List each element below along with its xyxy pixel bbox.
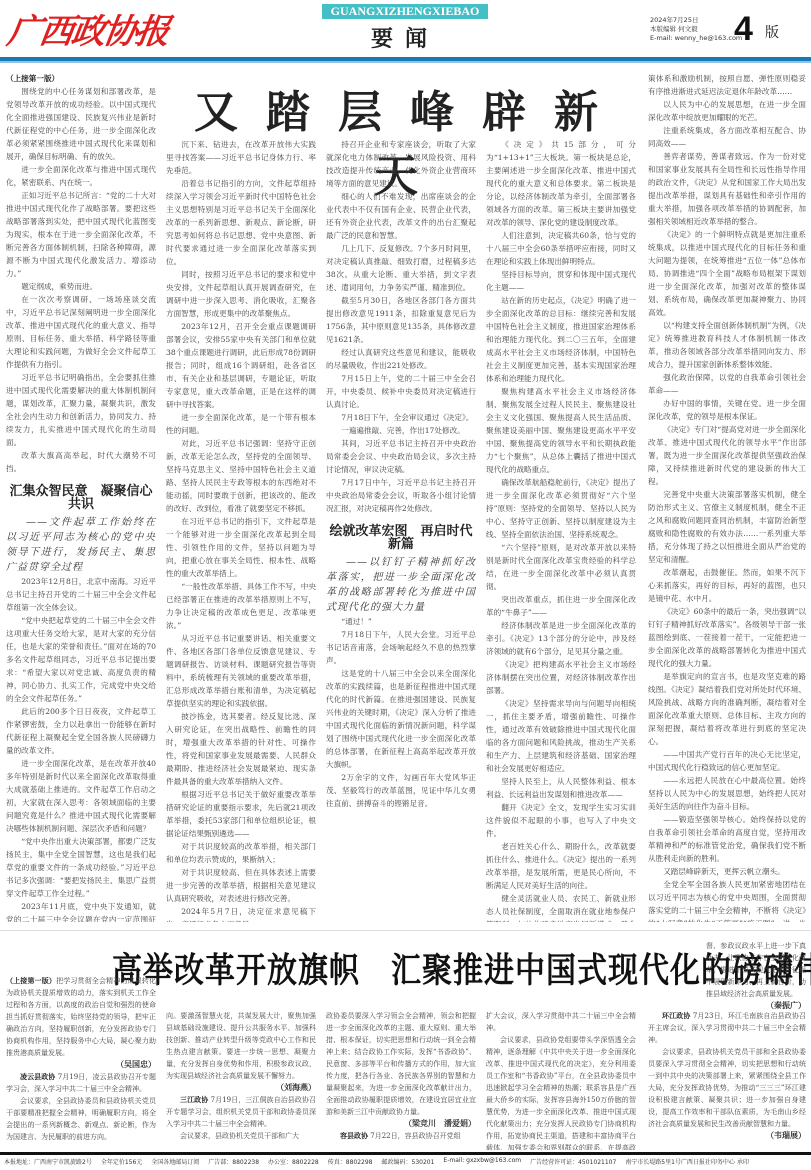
paragraph: 题定纲成，乘势而进。 xyxy=(6,280,156,293)
paragraph: 向。要激荡智慧火花，共谋发展大计，聚焦加强县域基础设施建设、提升公共服务水平、加… xyxy=(166,1010,316,1082)
paragraph: 老百姓关心什么、期盼什么，改革就要抓住什么、推进什么。《决定》提出的一系列改革举… xyxy=(486,840,636,892)
issue-meta: 2024年7月25日 本版编辑 何文毅 E-mail: wenny_he@163… xyxy=(650,16,742,43)
news-lead: 环江政协 xyxy=(662,1011,690,1020)
paragraph: 办好中国的事情，关键在党。进一步全面深化改革，党的领导是根本保证。 xyxy=(648,397,806,423)
article1-column-3: 持召开企业和专家座谈会，听取了大家就深化电力体制改革、发展风险投资、用科技改造提… xyxy=(326,138,476,922)
paragraph: 策体系和激励机制，按照自愿、弹性原则稳妥有序推进渐进式延迟法定退休年龄改革…… xyxy=(648,72,806,98)
paragraph: 进一步全面深化改革与推进中国式现代化，紧密联系、内在统一。 xyxy=(6,163,156,189)
paragraph: 在一次次考察调研、一场场座谈交流中，习近平总书记深刻阐明进一步全面深化改革、推进… xyxy=(6,293,156,371)
newspaper-pinyin: GUANGXIZHENGXIEBAO xyxy=(322,4,488,19)
article2-column-4: 扩大会议，深入学习贯彻中共二十届三中全会精神。 会议要求，县政协党组要带头学深悟… xyxy=(486,1010,636,1150)
paragraph: 《决定》60条中的最后一条，突出强调“以钉钉子精神抓好改革落实”。各级领导干部一… xyxy=(648,605,806,670)
paragraph: 7月17日中午，习近平总书记主持召开中央政治局常委会会议，听取各小组讨论情况汇报… xyxy=(326,476,476,515)
paragraph: 持召开企业和专家座谈会，听取了大家就深化电力体制改革、发展风险投资、用科技改造提… xyxy=(326,138,476,190)
footer-address: 本报地址：广西南宁市凯旋路2号 xyxy=(4,1157,92,1166)
paragraph: 《决定》的一个鲜明特点就是更加注重系统集成，以推进中国式现代化的目标任务和重大问… xyxy=(648,228,806,319)
paragraph: 正如习近平总书记所言：“党的二十大对推进中国式现代化作了战略部署。要把这些战略部… xyxy=(6,189,156,280)
article2-headline: 高举改革开放旗帜 汇聚推进中国式现代化的磅礴伟力 xyxy=(112,942,697,993)
paragraph: 《决定》共15部分，可分为“1+13+1”三大板块。第一板块是总论，主要阐述进一… xyxy=(486,138,636,229)
paragraph: 经济体制改革是进一步全面深化改革的牵引。《决定》13个部分的分论中，涉及经济领域… xyxy=(486,619,636,658)
masthead-rule xyxy=(0,57,811,63)
paragraph: 根据习近平总书记关于做好重要改革举措研究论证的重要指示要求，先后就21项改革举措… xyxy=(166,788,316,840)
article2-column-2: 向。要激荡智慧火花，共谋发展大计，聚焦加强县域基础设施建设、提升公共服务水平、加… xyxy=(166,1010,316,1150)
paragraph: 扩大会议，深入学习贯彻中共二十届三中全会精神。 xyxy=(486,1010,636,1034)
article1-subdeck-1: ——文件起草工作始终在以习近平同志为核心的党中央领导下进行，发扬民主、集思广益贯… xyxy=(6,515,156,575)
paragraph: 2023年12月，召开全会重点课题调研部署会议，安排55家中央有关部门和单位就3… xyxy=(166,320,316,411)
paragraph: ——永远把人民放在心中最高位置。始终坚持以人民为中心的发展思想，始终把人民对美好… xyxy=(648,774,806,813)
footer-printer: 南宁市长堤路5里1号广西日报社印务中心 承印 xyxy=(625,1157,749,1166)
paragraph: ——锻造坚强领导核心。始终保持以党的自我革命引领社会革命的高度自觉，坚持用改革精… xyxy=(648,813,806,865)
continued-label: （上接第一版） xyxy=(6,72,156,85)
credit: （刘海燕） xyxy=(166,1082,316,1094)
paragraph: 对于共识度较高、但在具体表述上需要进一步完善的改革举措，根据相关意见建议认真研究… xyxy=(166,866,316,905)
paragraph: 以“构建支持全面创新体制机制”为例，《决定》统筹推进教育科技人才体制机制一体改革… xyxy=(648,319,806,371)
paragraph: 完善党中央重大决策部署落实机制，健全防治形式主义、官僚主义制度机制，健全不正之风… xyxy=(648,488,806,566)
paragraph: 会议要求，全县政协委员和县政协机关党员干部要精准把握全会精神，明确履职方向，将全… xyxy=(6,1095,156,1143)
newspaper-logo: 广西政协报 xyxy=(5,4,172,53)
paragraph: 围绕党的中心任务谋划和部署改革，是党领导改革开放的成功经验。以中国式现代化全面推… xyxy=(6,85,156,163)
paragraph: 同时，按照习近平总书记的要求和党中央安排，文件起草组认真开展调查研究，在调研中进… xyxy=(166,268,316,320)
paragraph: 7月15日上午，党的二十届三中全会召开，中央委员、候补中央委员对决定稿进行认真讨… xyxy=(326,372,476,411)
paragraph: 此后的200多个日日夜夜，文件起草工作紧锣密鼓，全力以赴拿出一份能够在新时代新征… xyxy=(6,705,156,757)
paragraph: 注重系统集成，各方面改革相互配合、协同高效—— xyxy=(648,124,806,150)
paragraph: 几上几下、反复修改。7个多月时间里，对决定稿认真推敲、细致打磨，过程稿多达38次… xyxy=(326,242,476,294)
paragraph: 对于共识度较高的改革举措，相关部门和单位均表示赞成的，果断纳入； xyxy=(166,840,316,866)
paragraph: “通过！” xyxy=(326,615,476,628)
paragraph: 又踏层峰辟新天，更挥云帆立潮头。 xyxy=(648,865,806,878)
section-divider xyxy=(0,930,811,931)
paragraph: 2023年12月8日，北京中南海。习近平总书记主持召开党的二十届三中全会文件起草… xyxy=(6,575,156,614)
paragraph: 从习近平总书记重要讲话、相关重要文件、各地区各部门各单位反馈意见建议、专题调研报… xyxy=(166,632,316,710)
issue-date: 2024年7月25日 xyxy=(650,16,742,25)
paragraph: 细心的人们不难发现，出席座谈会的企业代表中不仅有国有企业、民营企业代表，还有外资… xyxy=(326,190,476,242)
paragraph: 《决定》专门对“提高党对进一步全面深化改革、推进中国式现代化的领导水平”作出部署… xyxy=(648,423,806,488)
paragraph: 沿着总书记指引的方向，文件起草组持续深入学习领会习近平新时代中国特色社会主义思想… xyxy=(166,177,316,268)
paragraph: 改革大旗高高举起，时代大潮势不可挡。 xyxy=(6,449,156,475)
paragraph: “六个坚持”原则，是对改革开放以来特别是新时代全面深化改革宝贵经验的科学总结，在… xyxy=(486,541,636,593)
paragraph: 会议要求，县政协机关党员干部和广大 xyxy=(166,1130,316,1142)
paragraph: 习近平总书记明确指出，全会要抓住推进中国式现代化需要解决的重大体制机制问题，谋划… xyxy=(6,371,156,449)
page-editor: 本版编辑 何文毅 xyxy=(650,25,742,34)
paragraph: 突出改革重点，抓住进一步全面深化改革的“牛鼻子”—— xyxy=(486,593,636,619)
paragraph: 翻开《决定》全文，发现学生实习实训这件貌似不起眼的小事，也写入了中央文件。 xyxy=(486,801,636,840)
paragraph: 健全灵活就业人员、农民工、新就业形态人员社保制度，全面取消在就业地参保户籍限制，… xyxy=(486,892,636,922)
paragraph: 《决定》把构建高水平社会主义市场经济体制摆在突出位置，对经济体制改革作出部署。 xyxy=(486,658,636,697)
page-suffix: 版 xyxy=(765,22,779,42)
paragraph: “党中央作出重大决策部署，都要广泛发扬民主，集中全党全国智慧，这也是我们起草党的… xyxy=(6,835,156,900)
paragraph: 是举旗定向的宣言书，也是攻坚克难的路线图。《决定》凝结着我们党对所处时代环境、风… xyxy=(648,670,806,748)
paragraph: 沉下来、钻进去，在改革开放伟大实践里寻找答案——习近平总书记身体力行、率先垂范。 xyxy=(166,138,316,177)
article2-column-5a: 督、参政议政水平上进一步下真功夫，让政协工作在全面深化改革、推进中国式现代化的新… xyxy=(706,940,806,1010)
paragraph: 坚持目标导向，贯穿和体现中国式现代化主题—— xyxy=(486,268,636,294)
credit: （秦振广） xyxy=(706,1000,806,1010)
paragraph: “一般性改革举措、具体工作不写，中央已经部署正在推进的改革举措原则上不写，力争让… xyxy=(166,580,316,632)
paragraph: “党中央把起草党的二十届三中全会文件这项重大任务交给大家，是对大家的充分信任，也… xyxy=(6,614,156,705)
paragraph: 会议要求，县政协机关党员干部和全县政协委员要深入学习贯彻全会精神，切实把思想和行… xyxy=(648,1046,806,1130)
paragraph: 2024年5月7日，决定征求意见稿下发，广泛征求各方面意见。 xyxy=(166,905,316,922)
editor-email: E-mail: wenny_he@163.com xyxy=(650,34,742,43)
article1-column-2: 沉下来、钻进去，在改革开放伟大实践里寻找答案——习近平总书记身体力行、率先垂范。… xyxy=(166,138,316,922)
paragraph: 进一步全面深化改革，是一个带有根本性的问题。 xyxy=(166,411,316,437)
paragraph: 在习近平总书记的指引下，文件起草是一个能够对进一步全面深化改革起到全局性、引领性… xyxy=(166,515,316,580)
paragraph: 7月22日，容县政协召开党组 xyxy=(370,1132,460,1140)
footer-email: E-mail: gxzxbw@163.com xyxy=(443,1157,521,1166)
paragraph: 7月18日下午，全会审议通过《决定》。 xyxy=(326,411,476,424)
paragraph: 一遍遍推敲、完善，作出17处修改。 xyxy=(326,424,476,437)
section-title: 要闻 xyxy=(322,22,488,53)
paragraph: 改革潮起，击鼓催征。然而，如果不沉下心来抓落实，再好的目标，再好的蓝图，也只是镜… xyxy=(648,566,806,605)
footer-rule xyxy=(0,1152,811,1155)
paragraph: 披沙拣金，选其要者。经反复比选、深入研究论证，在突出战略性、前瞻性的同时，增强重… xyxy=(166,710,316,788)
footer-price: 全年定价156元 xyxy=(101,1157,142,1166)
paragraph: 2万余字的文件，勾画百年大党风华正茂、坚毅笃行的改革蓝图，见证中华儿女勇往直前、… xyxy=(326,771,476,810)
page-number: 4 xyxy=(734,12,753,46)
paragraph: ——中国共产党行百年的决心无比坚定，中国式现代化行稳致远的信心更加坚定。 xyxy=(648,748,806,774)
credit: （梁竞川 潘爱娟） xyxy=(326,1118,476,1130)
paragraph: 善弈者谋势，善谋者致远。作为一份对党和国家事业发展具有全局性和长远性指导作用的政… xyxy=(648,150,806,228)
paragraph: 坚持人民至上，从人民整体利益、根本利益、长远利益出发谋划和推进改革—— xyxy=(486,775,636,801)
footer-subscribe: 全国各地邮局订阅 xyxy=(151,1157,199,1166)
credit: （吴国忠） xyxy=(6,1059,156,1071)
article1-subhead-1: 汇集众智民意 凝聚信心共识 xyxy=(6,485,156,511)
paragraph: 会议要求，县政协党组要带头学深悟透全会精神，逐条理解《中共中央关于进一步全面深化… xyxy=(486,1034,636,1150)
article1-column-5: 策体系和激励机制，按照自愿、弹性原则稳妥有序推进渐进式延迟法定退休年龄改革…… … xyxy=(648,72,806,922)
news-lead: 凌云县政协 xyxy=(20,1072,55,1081)
paragraph: 聚焦构建高水平社会主义市场经济体制、聚焦发展全过程人民民主、聚焦建设社会主义文化… xyxy=(486,385,636,476)
article2-column-1: （上接第一版）把学习贯彻全会精神的成果转化为政协机关提质增效的动力，落实到机关工… xyxy=(6,975,156,1150)
paragraph: 这是党的十八届三中全会以来全面深化改革的实践续篇，也是新征程推进中国式现代化的时… xyxy=(326,667,476,771)
paragraph: 截至5月30日，各地区各部门各方面共提出修改意见1911条，扣除重复意见后为17… xyxy=(326,294,476,346)
paragraph: 把学习贯彻全会精神的成果转化为政协机关提质增效的动力，落实到机关工作全过程和各方… xyxy=(6,977,156,1057)
paragraph: 督、参政议政水平上进一步下真功夫，让政协工作在全面深化改革、推进中国式现代化的新… xyxy=(706,940,806,1000)
paragraph: 全党全军全国各族人民更加紧密地团结在以习近平同志为核心的党中央周围，全面贯彻落实… xyxy=(648,878,806,922)
news-lead: 容县政协 xyxy=(340,1131,368,1140)
paragraph: 人们注意到，决定稿共60条，恰与党的十八届三中全会60条举措呼应衔接，同时又在理… xyxy=(486,229,636,268)
paragraph: 7月18日下午，人民大会堂。习近平总书记话音甫落，会场响起经久不息的热烈掌声。 xyxy=(326,628,476,667)
article1-column-4: 《决定》共15部分，可分为“1+13+1”三大板块。第一板块是总论，主要阐述进一… xyxy=(486,138,636,922)
paragraph: 2023年11月底，党中央下发通知，就党的二十届三中全会议题在党内一定范围征求意… xyxy=(6,900,156,922)
footer: 本报地址：广西南宁市凯旋路2号 全年定价156元 全国各地邮局订阅 广告部：88… xyxy=(4,1157,809,1166)
paragraph: 进一步全面深化改革，是在改革开放40多年特别是新时代以来全面深化改革取得重大成就… xyxy=(6,757,156,835)
paragraph: 确保改革航船稳舵前行，《决定》提出了进一步全面深化改革必须贯彻好“六个坚持”原则… xyxy=(486,476,636,541)
paragraph: 其间，习近平总书记主持召开中央政治局常委会会议、中央政治局会议，多次主持讨论情况… xyxy=(326,437,476,476)
paragraph: 对此，习近平总书记强调：坚持守正创新，改革无论怎么改，坚持党的全面领导、坚持马克… xyxy=(166,437,316,515)
paragraph: 强化政治保障，以党的自我革命引领社会革命—— xyxy=(648,371,806,397)
footer-postcode: 邮政编码：530201 xyxy=(382,1157,435,1166)
article1-subhead-2: 绘就改革宏图 再启时代新篇 xyxy=(326,525,476,551)
credit: （韦瑞展） xyxy=(648,1130,806,1142)
masthead: 广西政协报 GUANGXIZHENGXIEBAO 要闻 2024年7月25日 本… xyxy=(0,0,811,58)
paragraph: 经过认真研究这些意见和建议，能吸收的尽量吸收，作出221处修改。 xyxy=(326,346,476,372)
footer-office: 办公室：8802228 xyxy=(268,1157,319,1166)
continued-label: （上接第一版） xyxy=(6,976,56,985)
paragraph: 《决定》坚持需求导向与问题导向相统一，抓住主要矛盾，增强前瞻性、可操作性，通过改… xyxy=(486,697,636,775)
footer-license: 广告经营许可证：4501021107 xyxy=(530,1157,616,1166)
paragraph: 以人民为中心的发展思想，在进一步全面深化改革中绽放更加耀眼的光芒。 xyxy=(648,98,806,124)
paragraph: 政协委员要深入学习领会全会精神，领会和把握进一步全面深化改革的主题、重大原则、重… xyxy=(326,1010,476,1118)
news-lead: 三江政协 xyxy=(180,1095,208,1104)
paragraph: 站在新的历史起点，《决定》明确了进一步全面深化改革的总目标：继续完善和发展中国特… xyxy=(486,294,636,385)
article2-column-5b: 环江政协 7月23日，环江毛南族自治县政协召开主席会议，深入学习贯彻中共二十届三… xyxy=(648,1010,806,1150)
article1-column-1: （上接第一版） 围绕党的中心任务谋划和部署改革，是党领导改革开放的成功经验。以中… xyxy=(6,72,156,922)
footer-fax: 传真：8802298 xyxy=(328,1157,373,1166)
article1-subdeck-2: ——以钉钉子精神抓好改革落实，把进一步全面深化改革的战略部署转化为推进中国式现代… xyxy=(326,555,476,615)
footer-ad-dept: 广告部：8802238 xyxy=(208,1157,259,1166)
article2-column-3: 政协委员要深入学习领会全会精神，领会和把握进一步全面深化改革的主题、重大原则、重… xyxy=(326,1010,476,1150)
